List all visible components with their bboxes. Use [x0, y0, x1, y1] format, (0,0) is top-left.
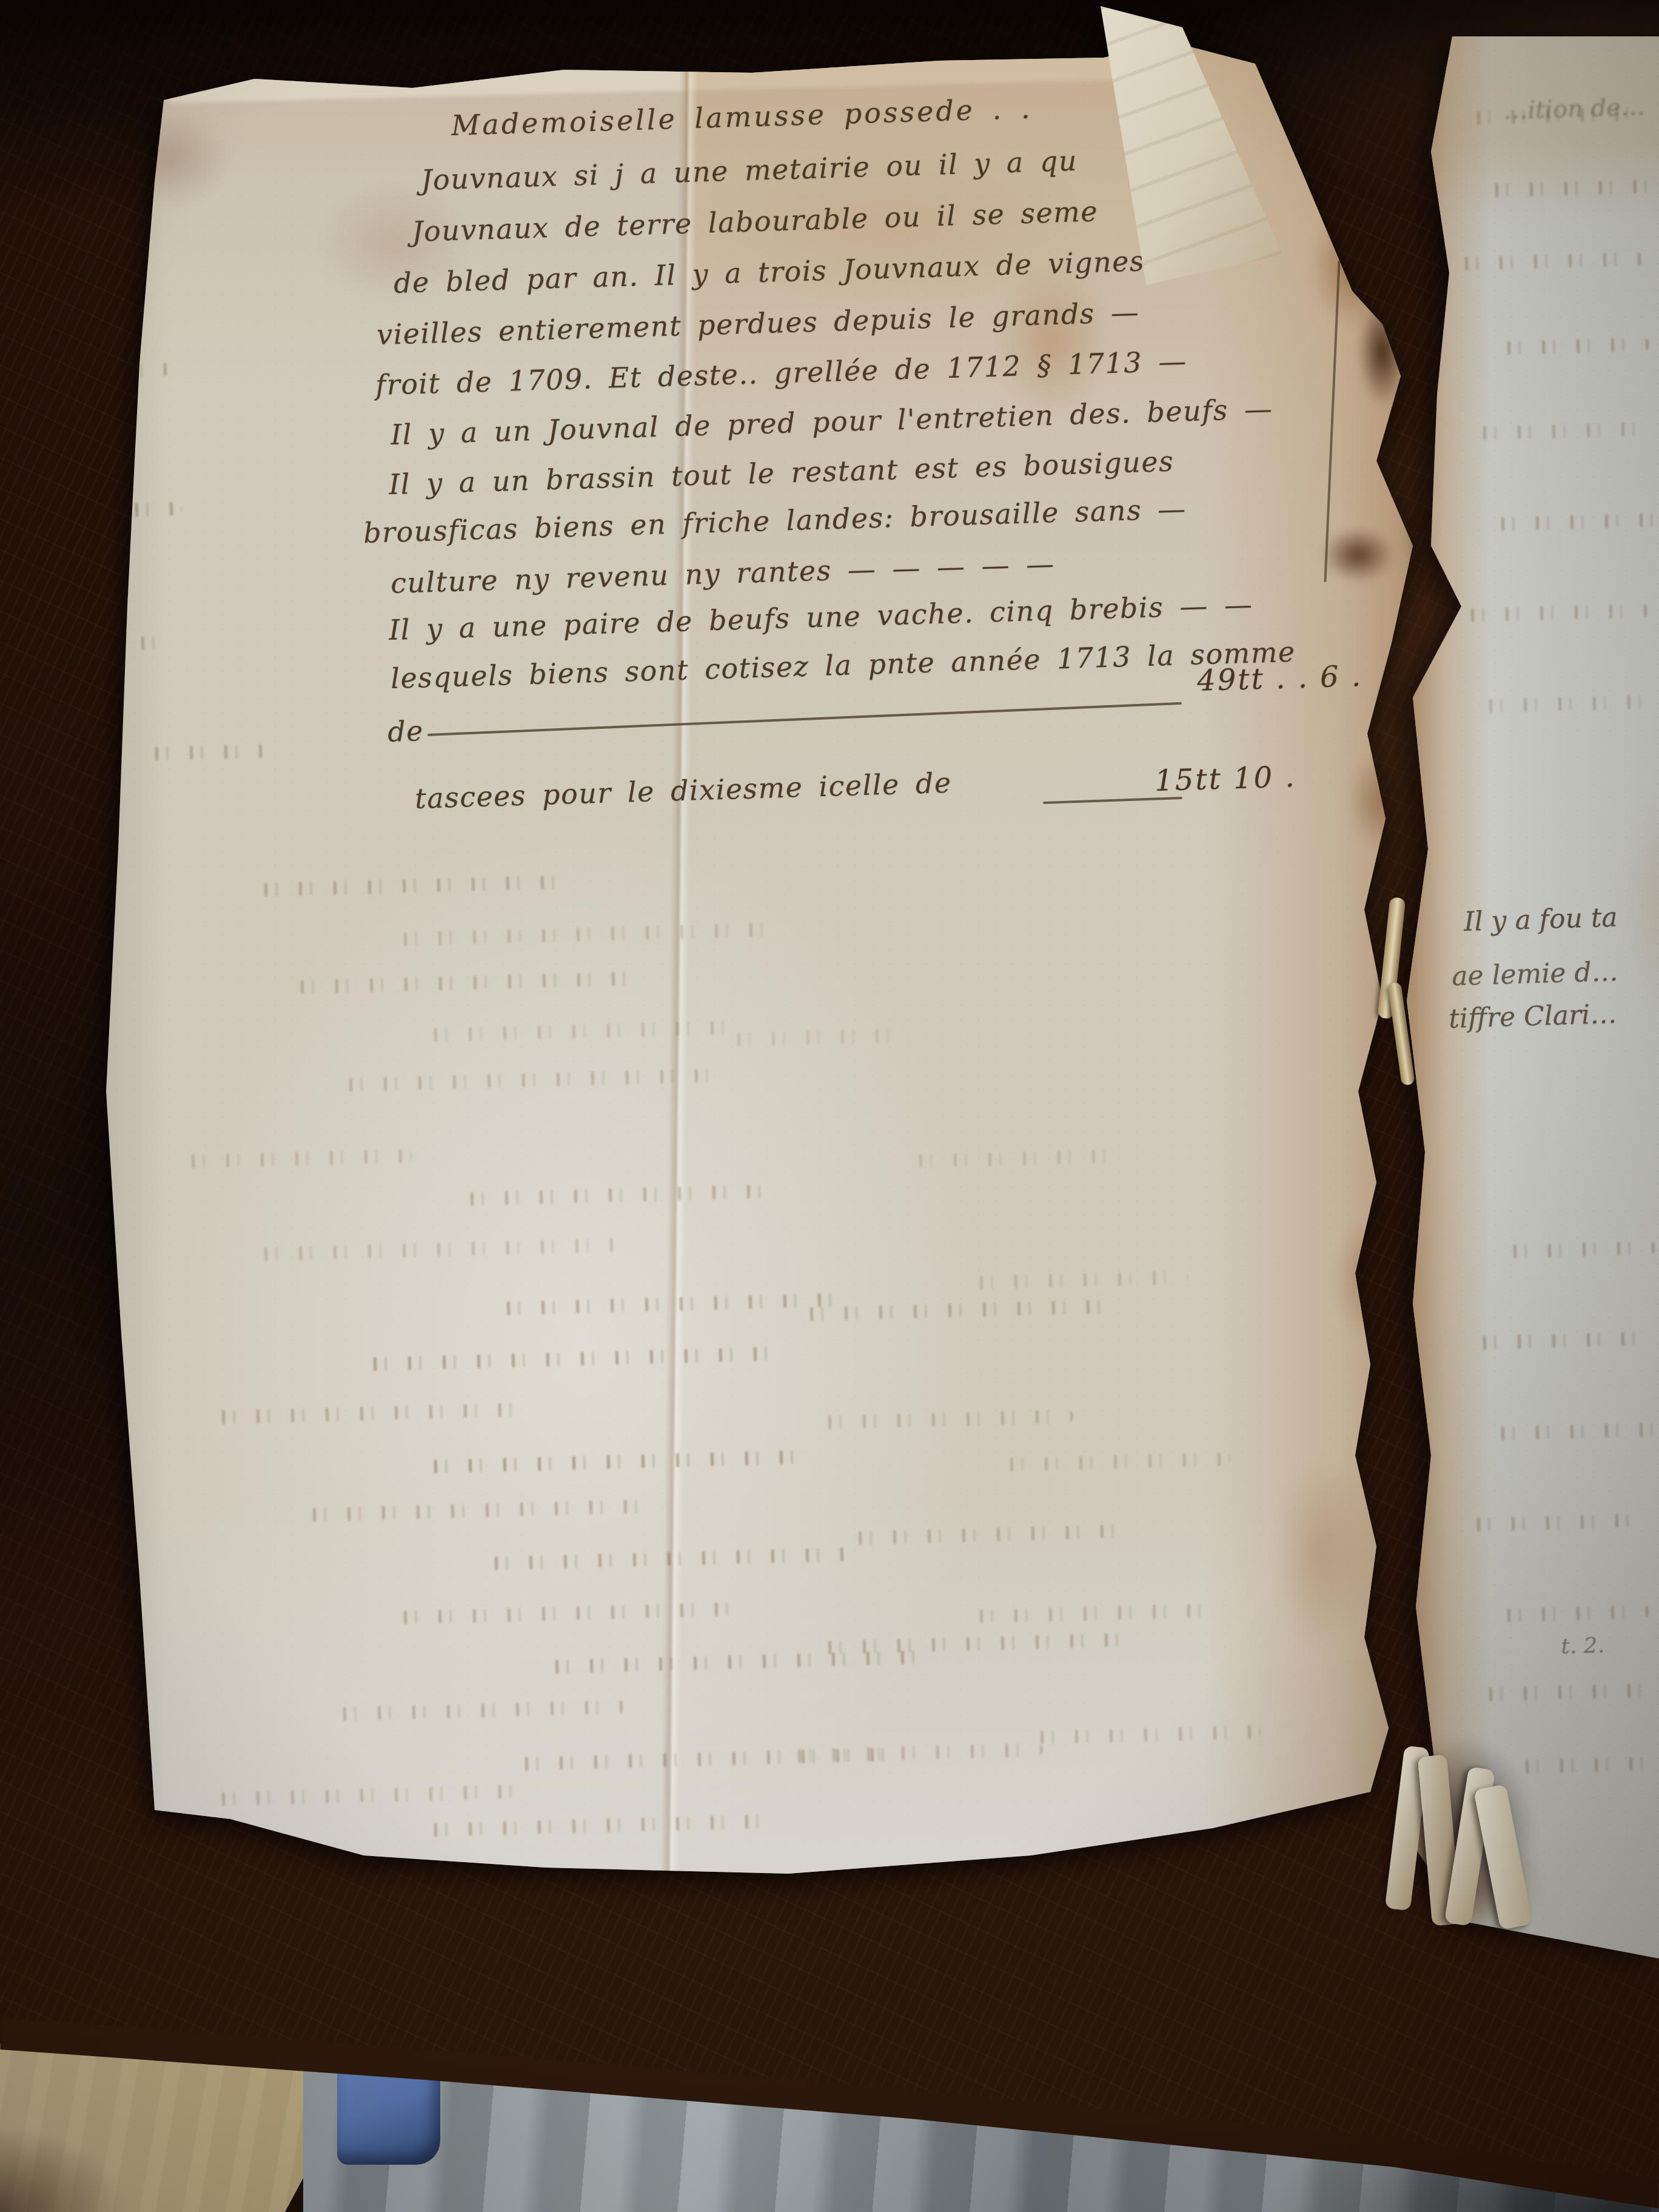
ink-bleedthrough: [1473, 1332, 1649, 1350]
sum-amount: 49tt . . 6 .: [1196, 659, 1363, 698]
ink-bleedthrough: [303, 1499, 655, 1521]
ink-bleedthrough: [849, 1524, 1128, 1545]
ink-bleedthrough: [800, 1299, 1116, 1321]
ink-bleedthrough: [1498, 338, 1649, 355]
stain: [1619, 776, 1659, 1031]
ink-bleedthrough: [424, 1815, 764, 1837]
ink-bleedthrough: [1473, 422, 1649, 440]
ink-bleedthrough: [819, 1633, 1122, 1654]
stain: [1322, 528, 1395, 582]
ink-bleedthrough: [1467, 1513, 1649, 1532]
ink-bleedthrough: [212, 1785, 515, 1806]
ink-bleedthrough: [1486, 179, 1649, 197]
ink-bleedthrough: [910, 1150, 1116, 1168]
ink-bleedthrough: [1031, 1725, 1261, 1744]
ink-bleedthrough: [333, 1700, 625, 1721]
ink-bleedthrough: [182, 1149, 412, 1168]
ink-bleedthrough: [212, 1403, 528, 1424]
ink-bleedthrough: [364, 1347, 788, 1371]
tithe-amount: 15tt 10 .: [1154, 760, 1296, 798]
manuscript-page-left: Mademoiselle lamusse possede . . Jouvnau…: [73, 36, 1419, 1910]
manuscript-fragment: …ition de…: [1503, 93, 1646, 125]
ink-bleedthrough: [970, 1270, 1188, 1289]
manuscript-fragment: t. 2.: [1561, 1633, 1605, 1659]
stain: [1273, 1455, 1370, 1649]
ink-bleedthrough: [424, 1450, 800, 1473]
ink-bleedthrough: [255, 1238, 618, 1261]
ink-bleedthrough: [1516, 1757, 1655, 1774]
ink-bleedthrough: [255, 875, 570, 897]
ink-bleedthrough: [1492, 1423, 1655, 1440]
ink-bleedthrough: [291, 972, 631, 994]
sum-prefix: de: [387, 714, 424, 748]
ink-bleedthrough: [1498, 1605, 1649, 1623]
ink-bleedthrough: [788, 1743, 1043, 1763]
ink-bleedthrough: [394, 923, 770, 946]
ink-bleedthrough: [1000, 1452, 1231, 1472]
ink-bleedthrough: [819, 1410, 1073, 1430]
ink-bleedthrough: [394, 1603, 734, 1625]
ink-bleedthrough: [970, 1604, 1213, 1623]
manuscript-fragment: tiffre Clari…: [1448, 999, 1617, 1034]
ink-bleedthrough: [1480, 695, 1655, 713]
ink-bleedthrough: [1480, 1683, 1655, 1701]
ink-bleedthrough: [461, 1184, 776, 1206]
ink-bleedthrough: [546, 1651, 922, 1674]
photo-scene: Mademoiselle lamusse possede . . Jouvnau…: [0, 0, 1659, 2212]
manuscript-fragment: ae lemie d…: [1451, 956, 1618, 992]
ink-bleedthrough: [146, 744, 267, 760]
manuscript-fragment: Il y a fou ta: [1463, 902, 1618, 937]
ink-bleedthrough: [1504, 1241, 1655, 1259]
ink-bleedthrough: [1492, 513, 1655, 531]
ink-bleedthrough: [1455, 252, 1643, 270]
ink-bleedthrough: [1461, 604, 1649, 622]
ink-bleedthrough: [728, 1028, 910, 1047]
